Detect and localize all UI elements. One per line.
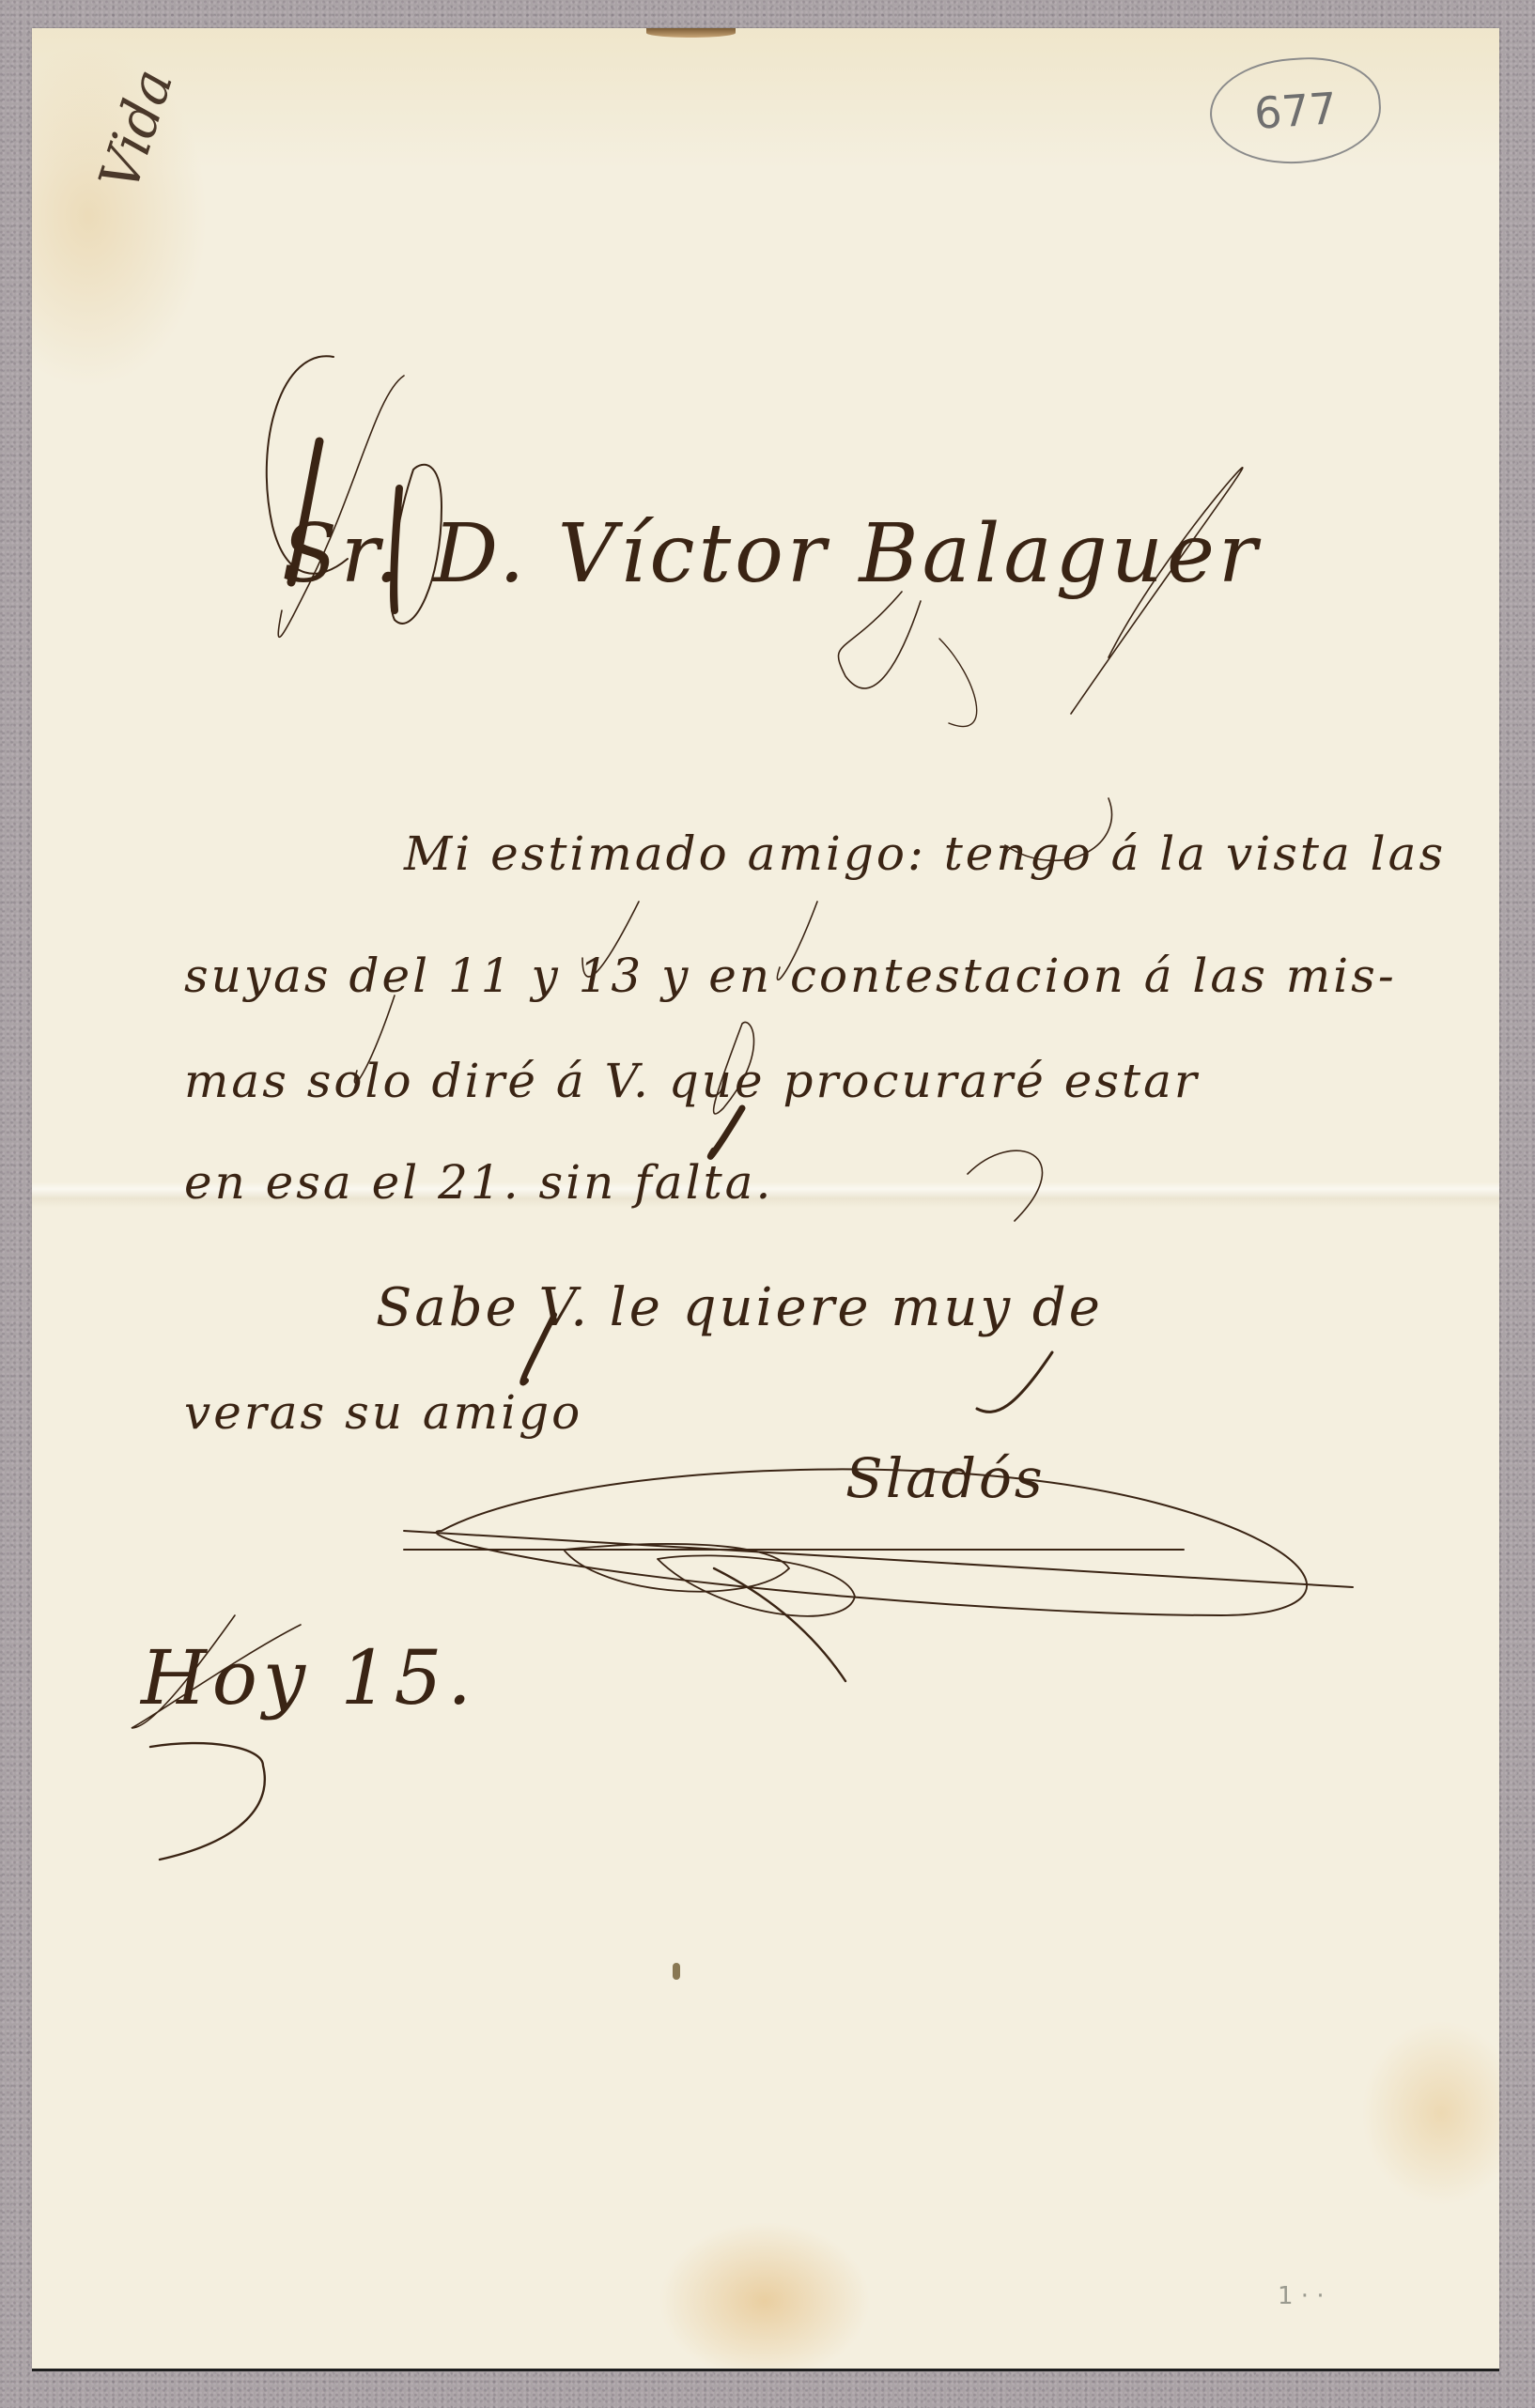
paper-tear [646, 28, 736, 38]
date-line: Hoy 15. [141, 1634, 477, 1721]
signature: Sladós [845, 1446, 1046, 1510]
letter-line-2: suyas del 11 y 13 y en contestacion á la… [184, 949, 1397, 1003]
letter-line-5: Sabe V. le quiere muy de [376, 1277, 1103, 1338]
salutation: Sr. D. Víctor Balaguer [282, 507, 1261, 601]
pencil-mark: 1 · · [1278, 2282, 1325, 2310]
ink-speck [673, 1963, 680, 1980]
letter-line-1: Mi estimado amigo: tengo á la vista las [404, 826, 1446, 881]
letter-line-3: mas solo diré á V. que procuraré estar [184, 1054, 1200, 1108]
letter-line-4: en esa el 21. sin falta. [184, 1155, 773, 1210]
archive-number: 677 [1252, 83, 1338, 139]
letter-line-6: veras su amigo [184, 1385, 582, 1440]
